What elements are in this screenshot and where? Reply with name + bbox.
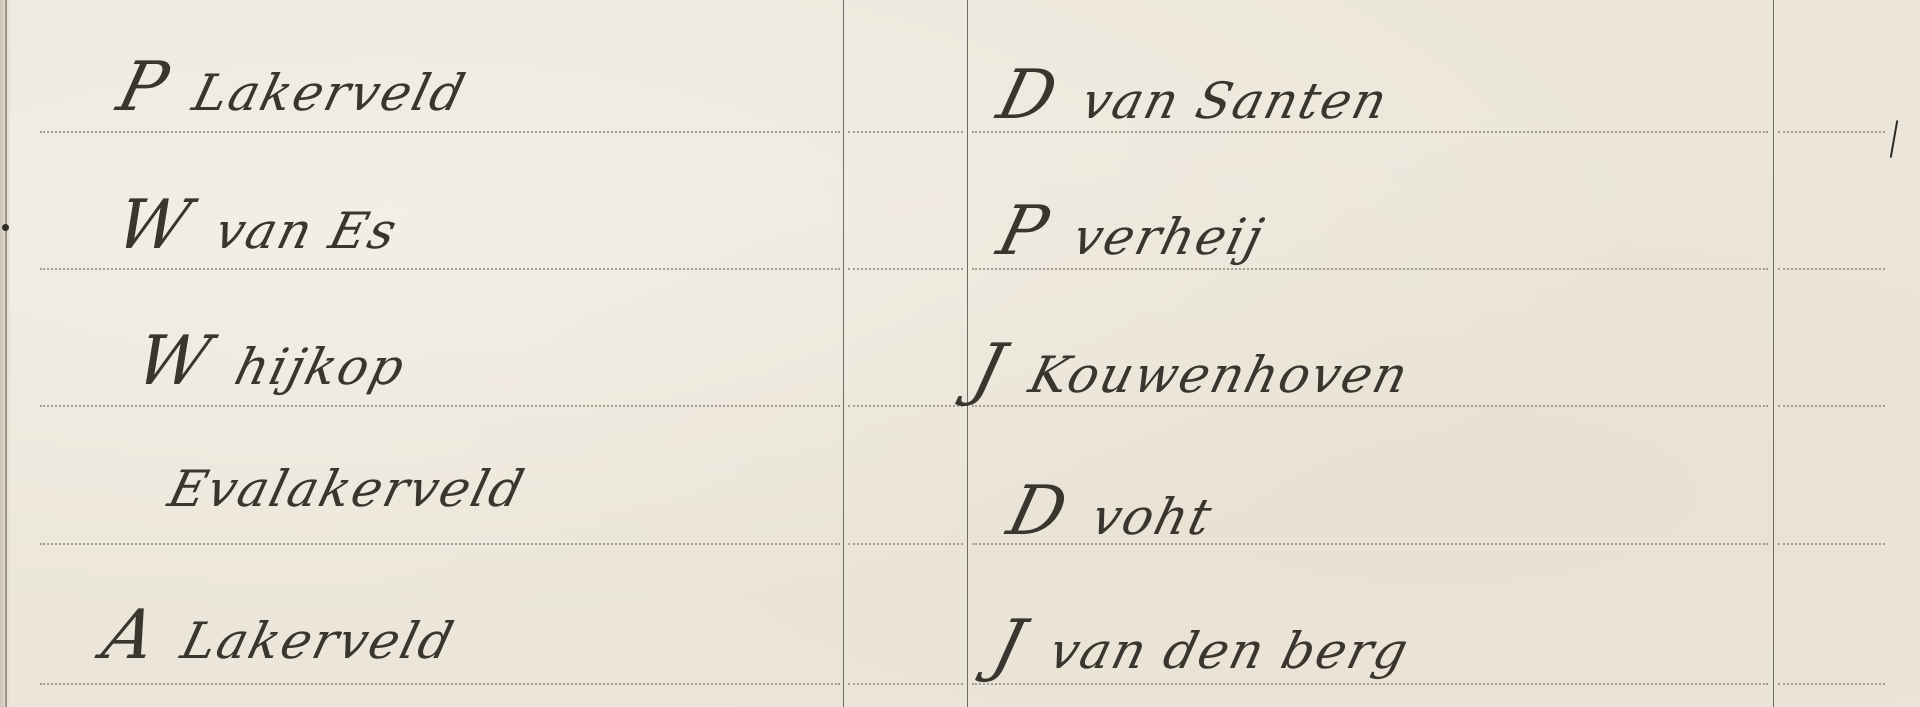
entry-surname: hijkop	[229, 338, 412, 396]
column-divider-2	[967, 0, 968, 707]
row-rule-2b	[848, 268, 963, 270]
left-entry-3: Whijkop	[128, 322, 416, 401]
left-entry-2: Wvan Es	[108, 186, 408, 265]
left-entry-1: PLakerveld	[110, 48, 476, 127]
entry-surname: Lakerveld	[176, 612, 461, 670]
row-rule-1b	[848, 131, 963, 133]
right-entry-5: Jvan den berg	[985, 606, 1419, 685]
column-divider-1	[843, 0, 844, 707]
ledger-page: PLakerveld Wvan Es Whijkop Evalakerveld …	[0, 0, 1920, 707]
left-margin-line	[5, 0, 7, 707]
row-rule-5b	[848, 683, 963, 685]
entry-initial: A	[95, 596, 166, 675]
right-entry-2: Pverheij	[990, 192, 1274, 271]
entry-initial: P	[990, 192, 1057, 271]
row-rule-3d	[1778, 405, 1885, 407]
entry-initial: D	[1000, 472, 1076, 551]
row-rule-2d	[1778, 268, 1885, 270]
row-rule-2a	[40, 268, 840, 270]
right-entry-1: Dvan Santen	[990, 56, 1399, 135]
entry-surname: Lakerveld	[187, 64, 472, 122]
row-rule-3b	[848, 405, 963, 407]
row-rule-4a	[40, 543, 840, 545]
row-rule-4b	[848, 543, 963, 545]
row-rule-4d	[1778, 543, 1885, 545]
left-entry-5: ALakerveld	[95, 596, 464, 675]
entry-surname: voht	[1086, 488, 1219, 546]
entry-surname: verheij	[1067, 208, 1270, 266]
entry-full-name: Evalakerveld	[163, 460, 531, 518]
row-rule-5a	[40, 683, 840, 685]
ink-dot	[2, 224, 9, 231]
left-entry-4: Evalakerveld	[163, 460, 531, 518]
entry-initial: P	[110, 48, 177, 127]
row-rule-1a	[40, 131, 840, 133]
row-rule-5d	[1778, 683, 1885, 685]
entry-surname: van den berg	[1044, 622, 1416, 680]
right-entry-4: Dvoht	[1000, 472, 1223, 551]
entry-initial: W	[128, 322, 220, 401]
entry-surname: van Santen	[1076, 72, 1395, 130]
entry-initial: W	[108, 186, 200, 265]
entry-initial: J	[965, 330, 1014, 409]
stray-pen-mark	[1890, 120, 1899, 158]
row-rule-1d	[1778, 131, 1885, 133]
entry-surname: Kouwenhoven	[1024, 346, 1416, 404]
right-entry-3: JKouwenhoven	[965, 330, 1419, 409]
entry-surname: van Es	[209, 202, 404, 260]
row-rule-3a	[40, 405, 840, 407]
entry-initial: D	[990, 56, 1066, 135]
entry-initial: J	[985, 606, 1034, 685]
column-divider-3	[1773, 0, 1774, 707]
